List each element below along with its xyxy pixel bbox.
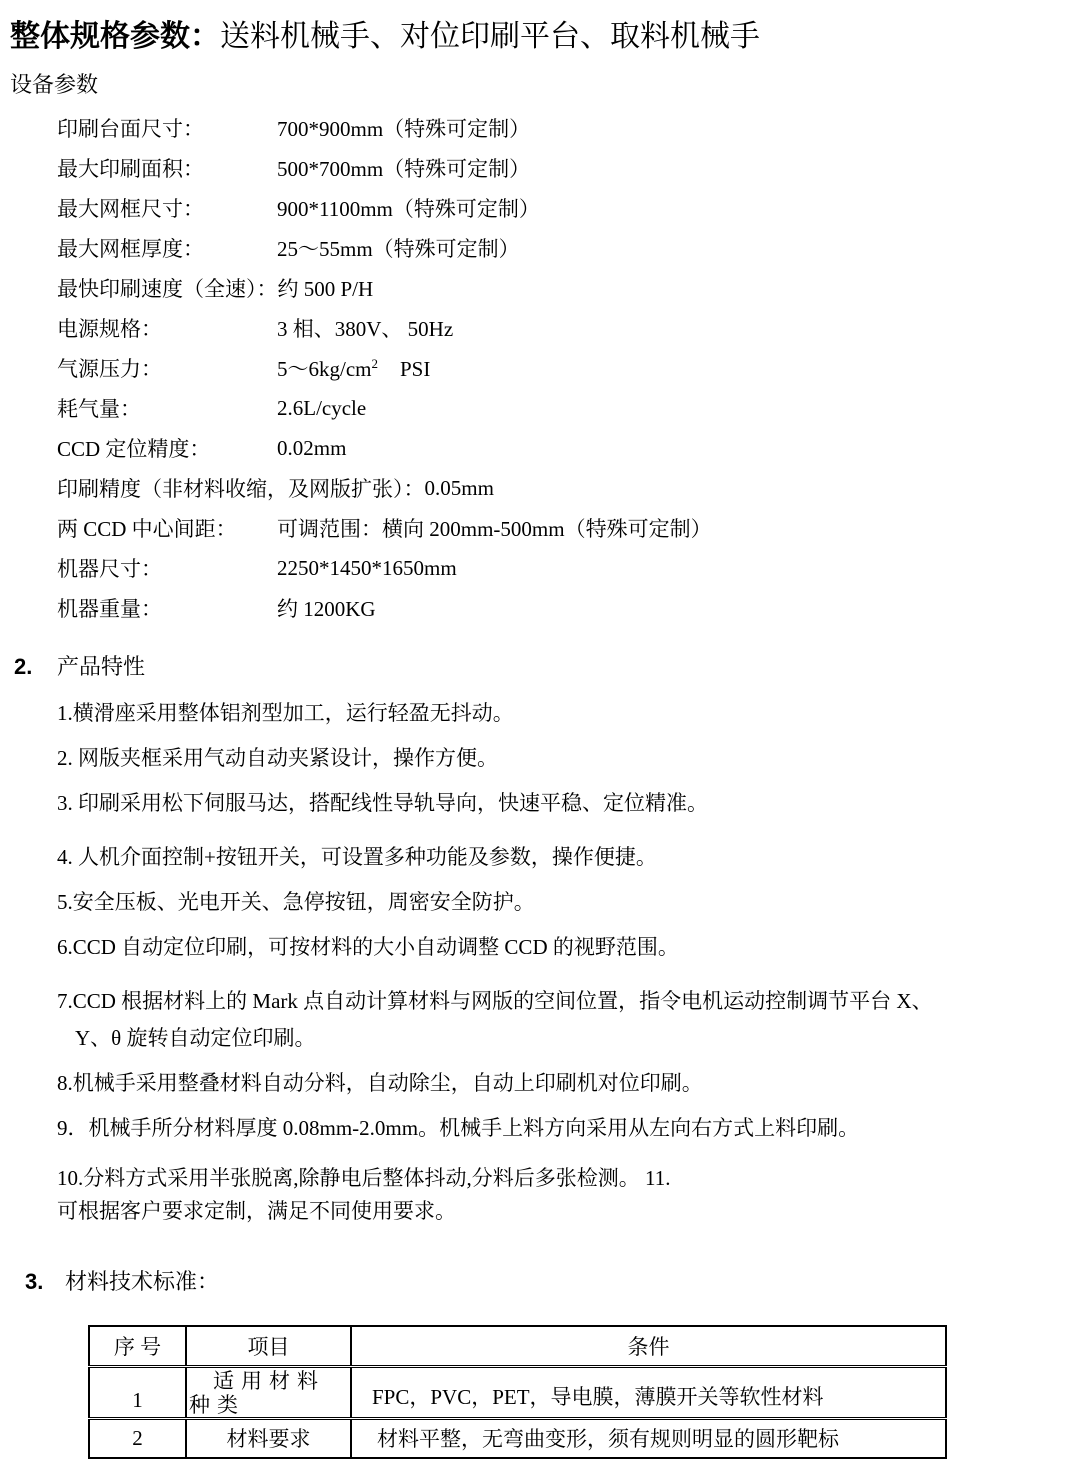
spec-row-max-print-area: 最大印刷面积： 500*700mm（特殊可定制） [57, 148, 1072, 188]
spec-label: 最大印刷面积： [57, 153, 277, 183]
document: 整体规格参数：送料机械手、对位印刷平台、取料机械手 设备参数 印刷台面尺寸： 7… [0, 0, 1072, 1460]
device-params-heading: 设备参数 [10, 71, 1072, 99]
page-title: 整体规格参数：送料机械手、对位印刷平台、取料机械手 [10, 18, 1072, 56]
spec-label: 机器重量： [57, 593, 277, 623]
table-header-condition: 条件 [351, 1326, 946, 1366]
spec-label: 最大网框厚度： [57, 233, 277, 263]
spec-value: 约 1200KG [277, 593, 376, 623]
spec-label: 最快印刷速度（全速）： [57, 273, 278, 303]
spec-value: 500*700mm（特殊可定制） [277, 153, 530, 183]
spec-value: 25～55mm（特殊可定制） [277, 233, 520, 263]
feature-line-10: 10.分料方式采用半张脱离,除静电后整体抖动,分料后多张检测。 11. [57, 1164, 1067, 1192]
spec-value: 700*900mm（特殊可定制） [277, 113, 530, 143]
feature-line-7: 7.CCD 根据材料上的 Mark 点自动计算材料与网版的空间位置，指令电机运动… [57, 987, 1067, 1015]
materials-table: 序 号 项目 条件 1 适用材料种类 FPC，PVC，PET，导电膜，薄膜开关等… [88, 1325, 947, 1459]
spec-row-machine-size: 机器尺寸： 2250*1450*1650mm [57, 548, 1072, 588]
page-title-rest: 送料机械手、对位印刷平台、取料机械手 [220, 20, 760, 53]
row-2-no: 2 [89, 1418, 186, 1458]
air-pressure-superscript: 2 [372, 356, 379, 371]
air-pressure-value: 5～6kg/cm [277, 357, 372, 381]
row-1-no: 1 [89, 1366, 186, 1418]
spec-row-max-frame-thickness: 最大网框厚度： 25～55mm（特殊可定制） [57, 228, 1072, 268]
spec-label: 印刷精度（非材料收缩，及网版扩张）： [57, 473, 425, 503]
section-2-heading: 产品特性 [57, 654, 145, 679]
spec-row-ccd-center-distance: 两 CCD 中心间距： 可调范围：横向 200mm-500mm（特殊可定制） [57, 508, 1072, 548]
feature-line-8: 8.机械手采用整叠材料自动分料，自动除尘，自动上印刷机对位印刷。 [57, 1069, 1067, 1097]
spec-label: CCD 定位精度： [57, 433, 277, 463]
spec-value: 2.6L/cycle [277, 396, 366, 421]
spec-row-max-print-speed: 最快印刷速度（全速）： 约 500 P/H [57, 268, 1072, 308]
row-1-item: 适用材料种类 [186, 1366, 351, 1418]
air-pressure-unit: PSI [400, 357, 430, 381]
table-header-no: 序 号 [89, 1326, 186, 1366]
spec-label: 两 CCD 中心间距： [57, 513, 277, 543]
row-2-condition: 材料平整，无弯曲变形，须有规则明显的圆形靶标 [351, 1418, 946, 1458]
feature-line-2: 2. 网版夹框采用气动自动夹紧设计，操作方便。 [57, 744, 1067, 772]
spec-value: 0.05mm [425, 476, 494, 501]
row-2-item: 材料要求 [186, 1418, 351, 1458]
section-3-number: 3. [25, 1267, 65, 1297]
section-3-heading-row: 3.材料技术标准： [0, 1267, 1072, 1297]
spec-value: 可调范围：横向 200mm-500mm（特殊可定制） [277, 513, 712, 543]
spec-row-air-pressure: 气源压力： 5～6kg/cm2PSI [57, 348, 1072, 388]
feature-line-3: 3. 印刷采用松下伺服马达，搭配线性导轨导向，快速平稳、定位精准。 [57, 789, 1067, 817]
spec-row-print-accuracy: 印刷精度（非材料收缩，及网版扩张）： 0.05mm [57, 468, 1072, 508]
feature-line-9: 9．机械手所分材料厚度 0.08mm-2.0mm。机械手上料方向采用从左向右方式… [57, 1114, 1067, 1142]
spec-label: 机器尺寸： [57, 553, 277, 583]
spec-row-ccd-accuracy: CCD 定位精度： 0.02mm [57, 428, 1072, 468]
spec-row-power-spec: 电源规格： 3 相、380V、 50Hz [57, 308, 1072, 348]
feature-line-7-continued: Y、θ 旋转自动定位印刷。 [57, 1024, 1067, 1052]
table-row: 1 适用材料种类 FPC，PVC，PET，导电膜，薄膜开关等软性材料 [89, 1366, 946, 1418]
spec-label: 印刷台面尺寸： [57, 113, 277, 143]
spec-list: 印刷台面尺寸： 700*900mm（特殊可定制） 最大印刷面积： 500*700… [57, 108, 1072, 628]
page-title-bold: 整体规格参数： [10, 20, 220, 53]
spec-label: 最大网框尺寸： [57, 193, 277, 223]
table-header-item: 项目 [186, 1326, 351, 1366]
section-2-number: 2. [14, 652, 57, 682]
section-2-heading-row: 2.产品特性 [0, 652, 1072, 682]
feature-line-6: 6.CCD 自动定位印刷，可按材料的大小自动调整 CCD 的视野范围。 [57, 933, 1067, 961]
spec-value: 5～6kg/cm2PSI [277, 353, 430, 383]
spec-row-air-consumption: 耗气量： 2.6L/cycle [57, 388, 1072, 428]
spec-row-print-table-size: 印刷台面尺寸： 700*900mm（特殊可定制） [57, 108, 1072, 148]
section-3-heading: 材料技术标准： [65, 1269, 219, 1294]
feature-line-11-continued: 可根据客户要求定制，满足不同使用要求。 [57, 1197, 1067, 1225]
feature-line-5: 5.安全压板、光电开关、急停按钮，周密安全防护。 [57, 888, 1067, 916]
spec-label: 气源压力： [57, 353, 277, 383]
feature-line-1: 1.横滑座采用整体铝剂型加工，运行轻盈无抖动。 [57, 699, 1067, 727]
spec-value: 约 500 P/H [278, 273, 374, 303]
spec-value: 2250*1450*1650mm [277, 556, 457, 581]
feature-line-4: 4. 人机介面控制+按钮开关，可设置多种功能及参数，操作便捷。 [57, 843, 1067, 871]
row-1-condition: FPC，PVC，PET，导电膜，薄膜开关等软性材料 [351, 1366, 946, 1418]
spec-row-max-frame-size: 最大网框尺寸： 900*1100mm（特殊可定制） [57, 188, 1072, 228]
table-row: 2 材料要求 材料平整，无弯曲变形，须有规则明显的圆形靶标 [89, 1418, 946, 1458]
spec-label: 耗气量： [57, 393, 277, 423]
spec-value: 3 相、380V、 50Hz [277, 313, 453, 343]
spec-value: 900*1100mm（特殊可定制） [277, 193, 540, 223]
spec-label: 电源规格： [57, 313, 277, 343]
feature-list: 1.横滑座采用整体铝剂型加工，运行轻盈无抖动。 2. 网版夹框采用气动自动夹紧设… [57, 699, 1067, 1225]
spec-value: 0.02mm [277, 436, 346, 461]
spec-row-machine-weight: 机器重量： 约 1200KG [57, 588, 1072, 628]
table-header-row: 序 号 项目 条件 [89, 1326, 946, 1366]
